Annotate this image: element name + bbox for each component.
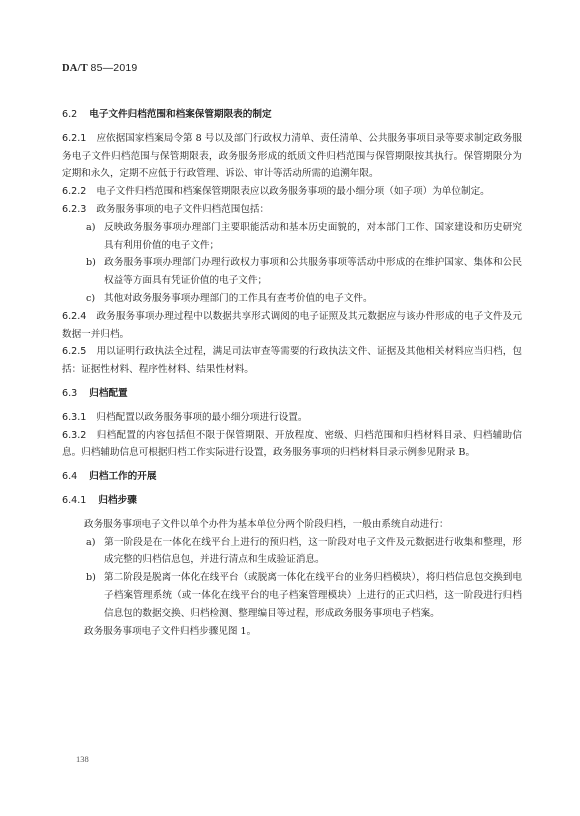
section-heading-6-2: 6.2电子文件归档范围和档案保管期限表的制定	[62, 106, 522, 124]
section-heading-6-4-1: 6.4.1归档步骤	[62, 492, 522, 510]
document-page: DA/T 85—2019 6.2电子文件归档范围和档案保管期限表的制定 6.2.…	[0, 0, 580, 816]
list-item: a)第一阶段是在一体化在线平台上进行的预归档，这一阶段对电子文件及元数据进行收集…	[62, 534, 522, 570]
clause-6-2-2: 6.2.2电子文件归档范围和档案保管期限表应以政务服务事项的最小细分项（如子项）…	[62, 183, 522, 201]
paragraph-intro: 政务服务事项电子文件以单个办件为基本单位分两个阶段归档，一般由系统自动进行：	[62, 516, 522, 534]
section-heading-6-3: 6.3归档配置	[62, 385, 522, 403]
list-item: b)第二阶段是脱离一体化在线平台（或脱离一体化在线平台的业务归档模块），将归档信…	[62, 569, 522, 622]
clause-6-2-3: 6.2.3政务服务事项的电子文件归档范围包括：	[62, 201, 522, 219]
page-number: 138	[76, 754, 89, 764]
standard-code: 85—2019	[91, 62, 138, 74]
document-body: 6.2电子文件归档范围和档案保管期限表的制定 6.2.1应依据国家档案局令第 8…	[62, 100, 522, 640]
list-item: a)反映政务服务事项办理部门主要职能活动和基本历史面貌的，对本部门工作、国家建设…	[62, 219, 522, 255]
clause-6-2-1: 6.2.1应依据国家档案局令第 8 号以及部门行政权力清单、责任清单、公共服务事…	[62, 130, 522, 183]
standard-number: DA/T 85—2019	[62, 62, 137, 74]
paragraph-outro: 政务服务事项电子文件归档步骤见图 1。	[62, 623, 522, 641]
clause-6-3-1: 6.3.1归档配置以政务服务事项的最小细分项进行设置。	[62, 409, 522, 427]
clause-6-3-2: 6.3.2归档配置的内容包括但不限于保管期限、开放程度、密级、归档范围和归档材料…	[62, 427, 522, 463]
clause-6-2-5: 6.2.5用以证明行政执法全过程，满足司法审查等需要的行政执法文件、证据及其他相…	[62, 343, 522, 379]
list-item: c)其他对政务服务事项办理部门的工作具有查考价值的电子文件。	[62, 290, 522, 308]
clause-6-2-4: 6.2.4政务服务事项办理过程中以数据共享形式调阅的电子证照及其元数据应与该办件…	[62, 308, 522, 344]
list-item: b)政务服务事项办理部门办理行政权力事项和公共服务事项等活动中形成的在维护国家、…	[62, 254, 522, 290]
standard-prefix: DA/T	[62, 63, 88, 74]
section-heading-6-4: 6.4归档工作的开展	[62, 468, 522, 486]
